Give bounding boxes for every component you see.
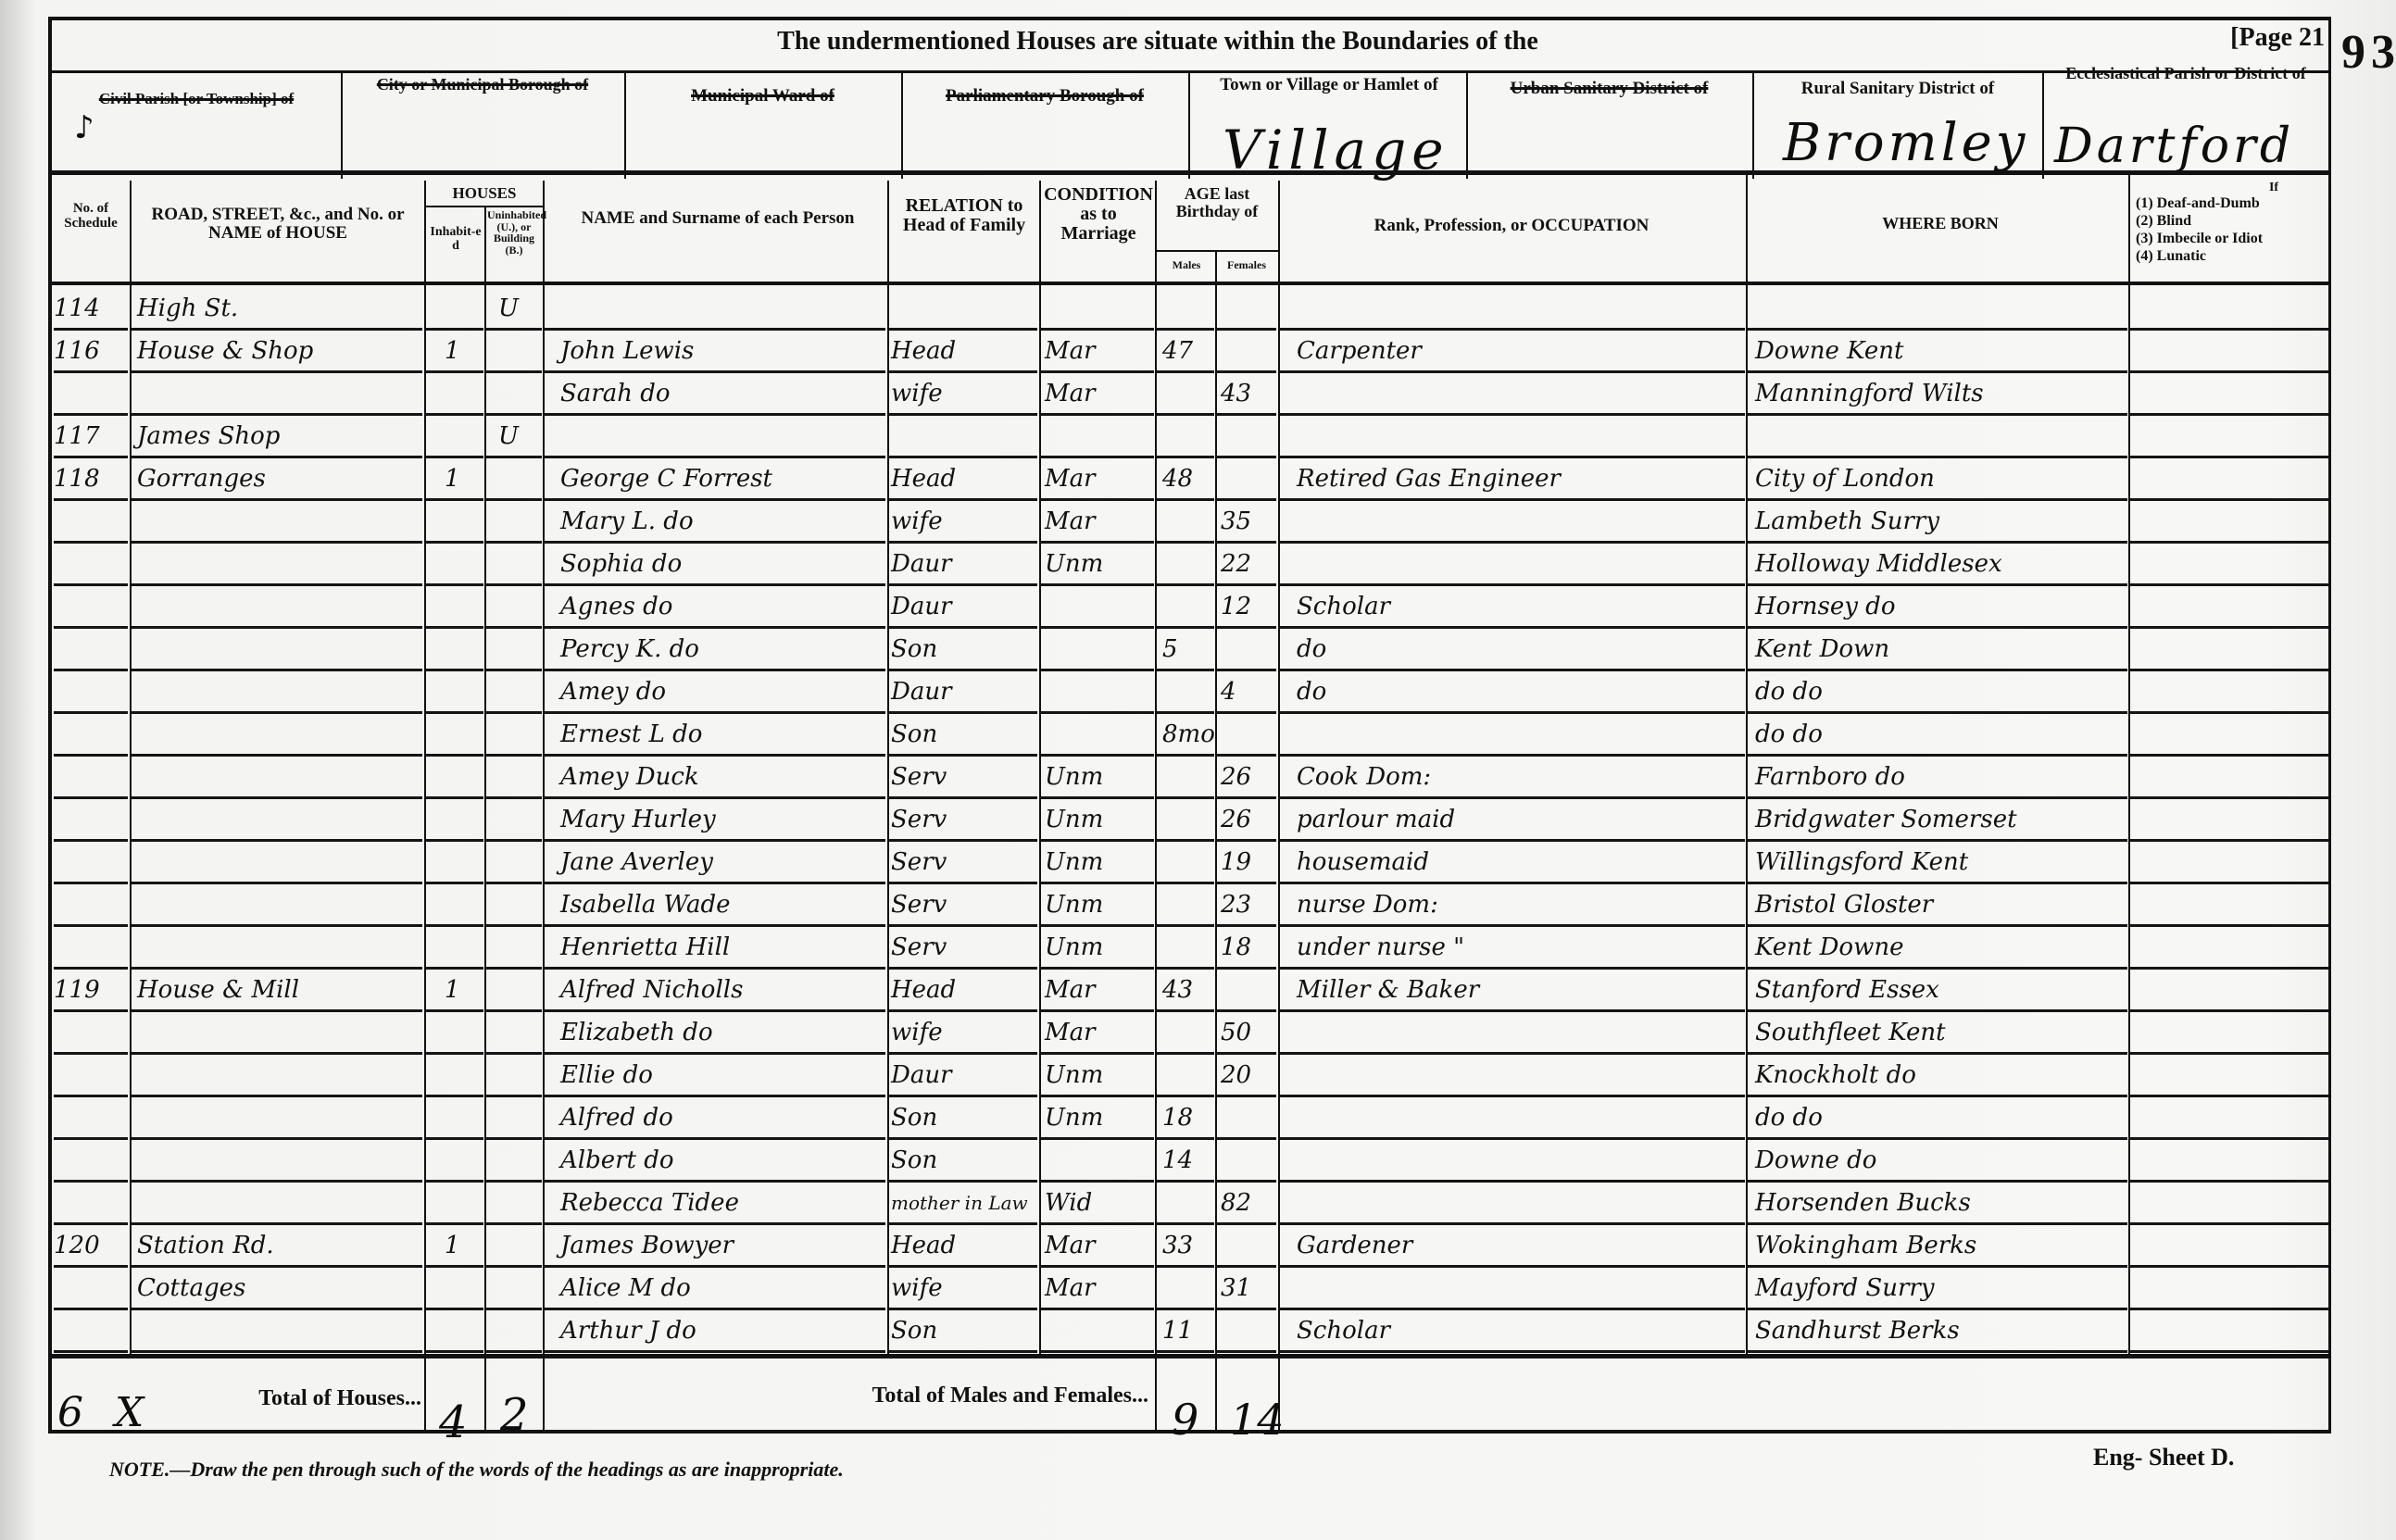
relation-cell: Son [891,713,1037,756]
occupation-cell: Miller & Baker [1297,969,1741,1011]
road-cell [137,883,415,926]
condition-cell: Unm [1045,543,1154,585]
schedule-cell: 119 [54,969,128,1011]
relation-cell: Son [891,1309,1037,1352]
name-cell: James Bowyer [560,1224,884,1267]
infirmity-cell [2132,1224,2327,1267]
condition-cell: Wid [1045,1182,1154,1224]
condition-cell [1045,287,1154,330]
where-born-cell: Bristol Gloster [1755,883,2126,926]
col-occupation-header: Rank, Profession, or OCCUPATION [1280,217,1743,235]
schedule-cell [54,798,128,841]
where-born-cell: Sandhurst Berks [1755,1309,2126,1352]
infirmity-cell [2132,926,2327,969]
road-cell [137,543,415,585]
uninhabited-cell: U [498,287,535,330]
schedule-cell [54,500,128,543]
schedule-cell [54,841,128,883]
male-age-cell: 11 [1162,1309,1214,1352]
occupation-cell [1297,1054,1741,1096]
schedule-cell [54,1096,128,1139]
condition-cell: Unm [1045,926,1154,969]
table-row: Isabella WadeServUnm23nurse Dom:Bristol … [0,883,2278,926]
where-born-cell: Horsenden Bucks [1755,1182,2126,1224]
relation-cell: Serv [891,756,1037,798]
inhabited-cell [445,1182,482,1224]
road-cell [137,1011,415,1054]
schedule-cell [54,1139,128,1182]
schedule-cell [54,883,128,926]
condition-cell: Unm [1045,798,1154,841]
name-cell: Amey Duck [560,756,884,798]
occupation-cell [1297,1182,1741,1224]
schedule-cell [54,713,128,756]
female-age-cell [1221,330,1276,372]
col-schedule-header: No. of Schedule [54,202,128,232]
schedule-cell [54,1011,128,1054]
locality-urban-label: Urban Sanitary District of [1468,80,1750,98]
female-age-cell: 35 [1221,500,1276,543]
infirmity-blind: (2) Blind [2136,212,2330,230]
infirmity-cell [2132,1182,2327,1224]
inhabited-cell [445,841,482,883]
row-rule [889,1350,1037,1353]
occupation-cell: Retired Gas Engineer [1297,457,1741,500]
relation-cell: Daur [891,543,1037,585]
row-rule [486,1350,542,1353]
corner-mark-x: X [115,1389,144,1436]
male-age-cell [1162,926,1214,969]
condition-cell: Mar [1045,330,1154,372]
uninhabited-cell [498,883,535,926]
road-cell: Station Rd. [137,1224,415,1267]
uninhabited-cell [498,1267,535,1309]
condition-cell [1045,628,1154,670]
road-cell [137,372,415,415]
row-rule [2130,1350,2328,1353]
where-born-cell: Bridgwater Somerset [1755,798,2126,841]
row-rule [426,1350,483,1353]
female-age-cell [1221,713,1276,756]
female-age-cell: 26 [1221,756,1276,798]
uninhabited-cell [498,330,535,372]
total-houses-label: Total of Houses... [218,1387,421,1410]
occupation-cell: Carpenter [1297,330,1741,372]
schedule-cell [54,585,128,628]
relation-cell: Daur [891,670,1037,713]
uninhabited-cell [498,628,535,670]
census-sheet: 93 The undermentioned Houses are situate… [0,0,2396,1540]
infirmity-cell [2132,969,2327,1011]
infirmity-cell [2132,1054,2327,1096]
name-cell: Alfred Nicholls [560,969,884,1011]
inhabited-cell [445,713,482,756]
male-age-cell [1162,1182,1214,1224]
name-cell: John Lewis [560,330,884,372]
infirmity-cell [2132,628,2327,670]
male-age-cell: 14 [1162,1139,1214,1182]
row-rule [54,1350,128,1353]
male-age-cell [1162,372,1214,415]
relation-cell: Serv [891,926,1037,969]
relation-cell: Daur [891,585,1037,628]
infirmity-cell [2132,330,2327,372]
uninhabited-cell [498,372,535,415]
occupation-cell [1297,1267,1741,1309]
total-uninhabited: 2 [500,1389,529,1441]
where-born-cell: do do [1755,713,2126,756]
condition-cell: Mar [1045,500,1154,543]
condition-cell [1045,1139,1154,1182]
road-cell [137,585,415,628]
male-age-cell [1162,798,1214,841]
occupation-cell [1297,543,1741,585]
row-rule [545,1350,885,1353]
condition-cell: Mar [1045,969,1154,1011]
inhabited-cell [445,628,482,670]
female-age-cell [1221,1096,1276,1139]
female-age-cell: 50 [1221,1011,1276,1054]
condition-cell [1045,585,1154,628]
name-cell: Alice M do [560,1267,884,1309]
where-born-cell: Wokingham Berks [1755,1224,2126,1267]
table-row: 118Gorranges1George C ForrestHeadMar48Re… [0,457,2278,500]
table-row: Jane AverleyServUnm19housemaidWillingsfo… [0,841,2278,883]
occupation-cell: under nurse " [1297,926,1741,969]
road-cell [137,798,415,841]
occupation-cell [1297,1011,1741,1054]
infirmity-cell [2132,415,2327,457]
col-infirmity-header: (1) Deaf-and-Dumb (2) Blind (3) Imbecile… [2136,194,2330,265]
page-label: [Page 21 [2195,24,2325,51]
name-cell: Isabella Wade [560,883,884,926]
schedule-cell: 114 [54,287,128,330]
name-cell: Jane Averley [560,841,884,883]
uninhabited-cell [498,1011,535,1054]
locality-ecclesiastical-value: Dartford [2054,119,2294,174]
relation-cell: wife [891,500,1037,543]
occupation-cell [1297,500,1741,543]
infirmity-cell [2132,287,2327,330]
inhabited-cell [445,1309,482,1352]
inhabited-cell [445,926,482,969]
table-row: Amey doDaur4dodo do [0,670,2278,713]
uninhabited-cell [498,1182,535,1224]
schedule-cell [54,372,128,415]
col-name-header: NAME and Surname of each Person [574,209,861,228]
occupation-cell [1297,713,1741,756]
female-age-cell: 22 [1221,543,1276,585]
road-cell [137,1309,415,1352]
occupation-cell [1297,415,1741,457]
table-row: Rebecca Tideemother in LawWid82Horsenden… [0,1182,2278,1224]
road-cell: James Shop [137,415,415,457]
occupation-cell: nurse Dom: [1297,883,1741,926]
infirmity-cell [2132,841,2327,883]
road-cell: Cottages [137,1267,415,1309]
col-relation-header: RELATION to Head of Family [891,196,1037,235]
row-rule [1280,1350,1745,1353]
condition-cell: Mar [1045,1011,1154,1054]
relation-cell: Serv [891,841,1037,883]
male-age-cell [1162,500,1214,543]
title-divider [51,70,2329,73]
inhabited-cell [445,883,482,926]
occupation-cell: parlour maid [1297,798,1741,841]
total-males: 9 [1172,1395,1198,1445]
male-age-cell [1162,1011,1214,1054]
col-road-header: ROAD, STREET, &c., and No. or NAME of HO… [132,206,424,243]
where-born-cell: Stanford Essex [1755,969,2126,1011]
inhabited-cell [445,287,482,330]
where-born-cell: Willingsford Kent [1755,841,2126,883]
table-row: Ellie doDaurUnm20Knockholt do [0,1054,2278,1096]
table-row: Agnes doDaur12ScholarHornsey do [0,585,2278,628]
infirmity-cell [2132,756,2327,798]
relation-cell: wife [891,1267,1037,1309]
where-born-cell: Hornsey do [1755,585,2126,628]
schedule-cell [54,1054,128,1096]
where-born-cell: Knockholt do [1755,1054,2126,1096]
male-age-cell [1162,1267,1214,1309]
infirmity-lunatic: (4) Lunatic [2136,247,2330,265]
road-cell: House & Mill [137,969,415,1011]
uninhabited-cell [498,969,535,1011]
relation-cell: Son [891,1096,1037,1139]
name-cell: Ernest L do [560,713,884,756]
occupation-cell: do [1297,670,1741,713]
male-age-cell: 33 [1162,1224,1214,1267]
relation-cell [891,287,1037,330]
col-condition-header: CONDITION as to Marriage [1043,185,1154,244]
name-cell: Amey do [560,670,884,713]
occupation-cell: housemaid [1297,841,1741,883]
infirmity-cell [2132,713,2327,756]
uninhabited-cell [498,1224,535,1267]
name-cell: Sophia do [560,543,884,585]
folio-number: 93 [2341,28,2396,79]
where-born-cell [1755,415,2126,457]
infirmity-cell [2132,500,2327,543]
name-cell: Alfred do [560,1096,884,1139]
female-age-cell [1221,457,1276,500]
infirmity-cell [2132,1267,2327,1309]
male-age-cell [1162,287,1214,330]
relation-cell: mother in Law [891,1182,1037,1224]
uninhabited-cell [498,756,535,798]
where-born-cell: do do [1755,670,2126,713]
road-cell [137,713,415,756]
female-age-cell: 12 [1221,585,1276,628]
relation-cell: Head [891,969,1037,1011]
uninhabited-cell [498,713,535,756]
male-age-cell [1162,585,1214,628]
name-cell [560,415,884,457]
inhabited-cell [445,543,482,585]
table-row: Alfred doSonUnm18do do [0,1096,2278,1139]
page-title: The undermentioned Houses are situate wi… [556,28,1760,55]
uninhabited-cell [498,457,535,500]
uninhabited-cell [498,798,535,841]
corner-mark-number: 6 [57,1389,83,1436]
table-row: Elizabeth dowifeMar50Southfleet Kent [0,1011,2278,1054]
inhabited-cell: 1 [445,1224,482,1267]
road-cell [137,926,415,969]
infirmity-cell [2132,372,2327,415]
schedule-cell: 120 [54,1224,128,1267]
name-cell: Albert do [560,1139,884,1182]
condition-cell: Mar [1045,1267,1154,1309]
female-age-cell: 19 [1221,841,1276,883]
road-cell [137,1139,415,1182]
table-row: Percy K. doSon5doKent Down [0,628,2278,670]
col-age-header: AGE last Birthday of [1158,185,1276,220]
schedule-cell: 116 [54,330,128,372]
male-age-cell: 18 [1162,1096,1214,1139]
condition-cell: Unm [1045,841,1154,883]
inhabited-cell [445,1267,482,1309]
locality-rural-label: Rural Sanitary District of [1754,80,2041,98]
uninhabited-cell [498,543,535,585]
female-age-cell [1221,1139,1276,1182]
female-age-cell [1221,628,1276,670]
schedule-cell [54,670,128,713]
col-inhabited-header: Inhabit-ed [428,226,483,253]
condition-cell: Unm [1045,883,1154,926]
male-age-cell: 48 [1162,457,1214,500]
table-row: Henrietta HillServUnm18under nurse "Kent… [0,926,2278,969]
row-rule [1041,1350,1154,1353]
road-cell [137,756,415,798]
uninhabited-cell: U [498,415,535,457]
col-females-header: Females [1216,259,1277,271]
uninhabited-cell [498,841,535,883]
condition-cell: Unm [1045,1096,1154,1139]
name-cell: Henrietta Hill [560,926,884,969]
table-row: 119House & Mill1Alfred NichollsHeadMar43… [0,969,2278,1011]
infirmity-cell [2132,585,2327,628]
male-age-cell [1162,841,1214,883]
condition-cell: Mar [1045,1224,1154,1267]
uninhabited-cell [498,1096,535,1139]
table-row: CottagesAlice M dowifeMar31Mayford Surry [0,1267,2278,1309]
male-age-cell [1162,756,1214,798]
age-subdivider [1156,250,1278,252]
name-cell: Agnes do [560,585,884,628]
female-age-cell: 18 [1221,926,1276,969]
condition-cell: Mar [1045,457,1154,500]
name-cell: George C Forrest [560,457,884,500]
table-row: Amey DuckServUnm26Cook Dom:Farnboro do [0,756,2278,798]
row-rule [1748,1350,2127,1353]
relation-cell: Head [891,457,1037,500]
condition-cell [1045,415,1154,457]
occupation-cell [1297,372,1741,415]
condition-cell: Mar [1045,372,1154,415]
female-age-cell: 20 [1221,1054,1276,1096]
inhabited-cell [445,798,482,841]
inhabited-cell [445,1011,482,1054]
where-born-cell: Kent Down [1755,628,2126,670]
relation-cell: Daur [891,1054,1037,1096]
inhabited-cell [445,415,482,457]
female-age-cell [1221,1224,1276,1267]
total-persons-label: Total of Males and Females... [797,1384,1148,1408]
corner-mark: 6 X [57,1389,144,1436]
female-age-cell: 43 [1221,372,1276,415]
where-born-cell: Mayford Surry [1755,1267,2126,1309]
name-cell: Ellie do [560,1054,884,1096]
relation-cell: Serv [891,883,1037,926]
inhabited-cell [445,372,482,415]
schedule-cell [54,628,128,670]
name-cell: Elizabeth do [560,1011,884,1054]
uninhabited-cell [498,500,535,543]
female-age-cell: 82 [1221,1182,1276,1224]
female-age-cell: 31 [1221,1267,1276,1309]
footnote: NOTE.—Draw the pen through such of the w… [109,1459,844,1480]
name-cell: Mary L. do [560,500,884,543]
condition-cell: Unm [1045,1054,1154,1096]
occupation-cell [1297,1096,1741,1139]
male-age-cell: 43 [1162,969,1214,1011]
table-row: Sophia doDaurUnm22Holloway Middlesex [0,543,2278,585]
road-cell [137,1096,415,1139]
table-row: Ernest L doSon8modo do [0,713,2278,756]
locality-divider [51,170,2329,175]
male-age-cell: 47 [1162,330,1214,372]
male-age-cell [1162,883,1214,926]
infirmity-imbecile: (3) Imbecile or Idiot [2136,230,2330,247]
schedule-cell: 118 [54,457,128,500]
condition-cell [1045,670,1154,713]
col-uninhabited-header: Uninhabited (U.), or Building (B.) [487,209,541,256]
table-row: 116House & Shop1John LewisHeadMar47Carpe… [0,330,2278,372]
male-age-cell: 8mo [1162,713,1214,756]
female-age-cell [1221,969,1276,1011]
uninhabited-cell [498,585,535,628]
relation-cell: Son [891,628,1037,670]
male-age-cell: 5 [1162,628,1214,670]
locality-town-label: Town or Village or Hamlet of [1213,76,1445,94]
infirmity-cell [2132,1096,2327,1139]
where-born-cell: Lambeth Surry [1755,500,2126,543]
relation-cell [891,415,1037,457]
uninhabited-cell [498,1139,535,1182]
female-age-cell [1221,1309,1276,1352]
uninhabited-cell [498,670,535,713]
table-row: 117James ShopU [0,415,2278,457]
inhabited-cell: 1 [445,969,482,1011]
schedule-cell [54,1309,128,1352]
infirmity-cell [2132,670,2327,713]
road-cell [137,1182,415,1224]
road-cell [137,1054,415,1096]
schedule-cell [54,756,128,798]
relation-cell: Head [891,1224,1037,1267]
where-born-cell: Downe do [1755,1139,2126,1182]
relation-cell: wife [891,372,1037,415]
name-cell: Mary Hurley [560,798,884,841]
relation-cell: wife [891,1011,1037,1054]
locality-city-label: City or Municipal Borough of [343,76,622,94]
schedule-cell [54,926,128,969]
table-row: Albert doSon14Downe do [0,1139,2278,1182]
road-cell [137,628,415,670]
occupation-cell: do [1297,628,1741,670]
table-row: Arthur J doSon11ScholarSandhurst Berks [0,1309,2278,1352]
relation-cell: Son [891,1139,1037,1182]
